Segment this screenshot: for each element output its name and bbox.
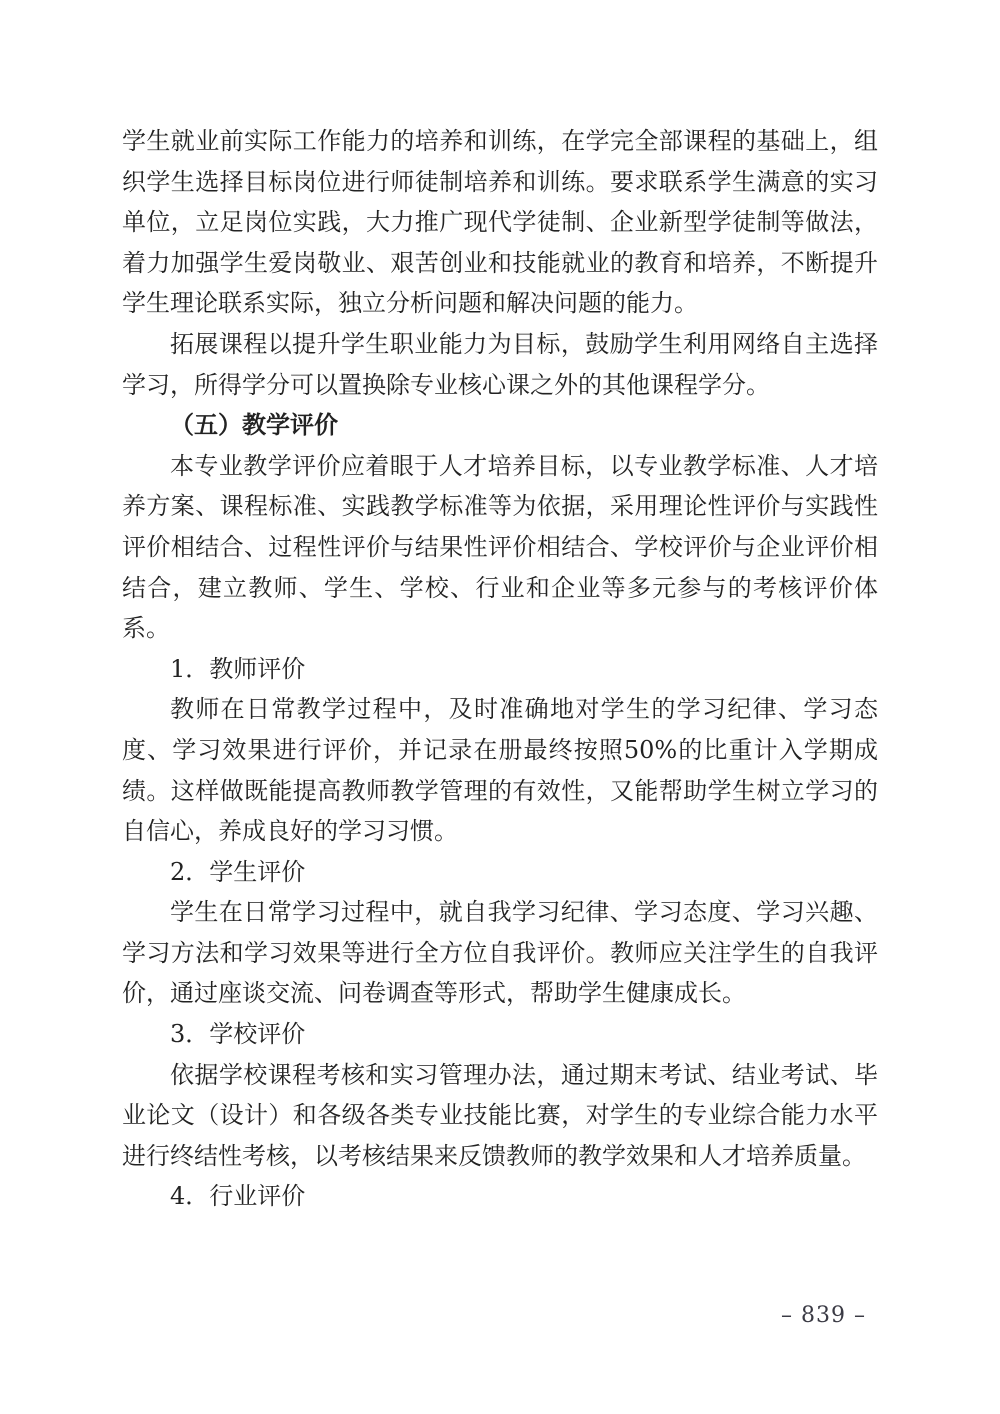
paragraph: 依据学校课程考核和实习管理办法，通过期末考试、结业考试、毕业论文（设计）和各级各… (122, 1055, 878, 1177)
numbered-item-heading: 2．学生评价 (122, 852, 878, 893)
section-heading: （五）教学评价 (122, 405, 878, 446)
page-number: – 839 – (781, 1303, 866, 1328)
paragraph: 教师在日常教学过程中，及时准确地对学生的学习纪律、学习态度、学习效果进行评价，并… (122, 689, 878, 851)
paragraph: 拓展课程以提升学生职业能力为目标，鼓励学生利用网络自主选择学习，所得学分可以置换… (122, 324, 878, 405)
paragraph: 学生在日常学习过程中，就自我学习纪律、学习态度、学习兴趣、学习方法和学习效果等进… (122, 892, 878, 1014)
paragraph-continuation: 学生就业前实际工作能力的培养和训练，在学完全部课程的基础上，组织学生选择目标岗位… (122, 121, 878, 324)
paragraph: 本专业教学评价应着眼于人才培养目标，以专业教学标准、人才培养方案、课程标准、实践… (122, 446, 878, 649)
numbered-item-heading: 4．行业评价 (122, 1176, 878, 1217)
page-body-text: 学生就业前实际工作能力的培养和训练，在学完全部课程的基础上，组织学生选择目标岗位… (122, 121, 878, 1217)
document-page: 学生就业前实际工作能力的培养和训练，在学完全部课程的基础上，组织学生选择目标岗位… (0, 0, 1000, 1414)
numbered-item-heading: 3．学校评价 (122, 1014, 878, 1055)
numbered-item-heading: 1．教师评价 (122, 649, 878, 690)
